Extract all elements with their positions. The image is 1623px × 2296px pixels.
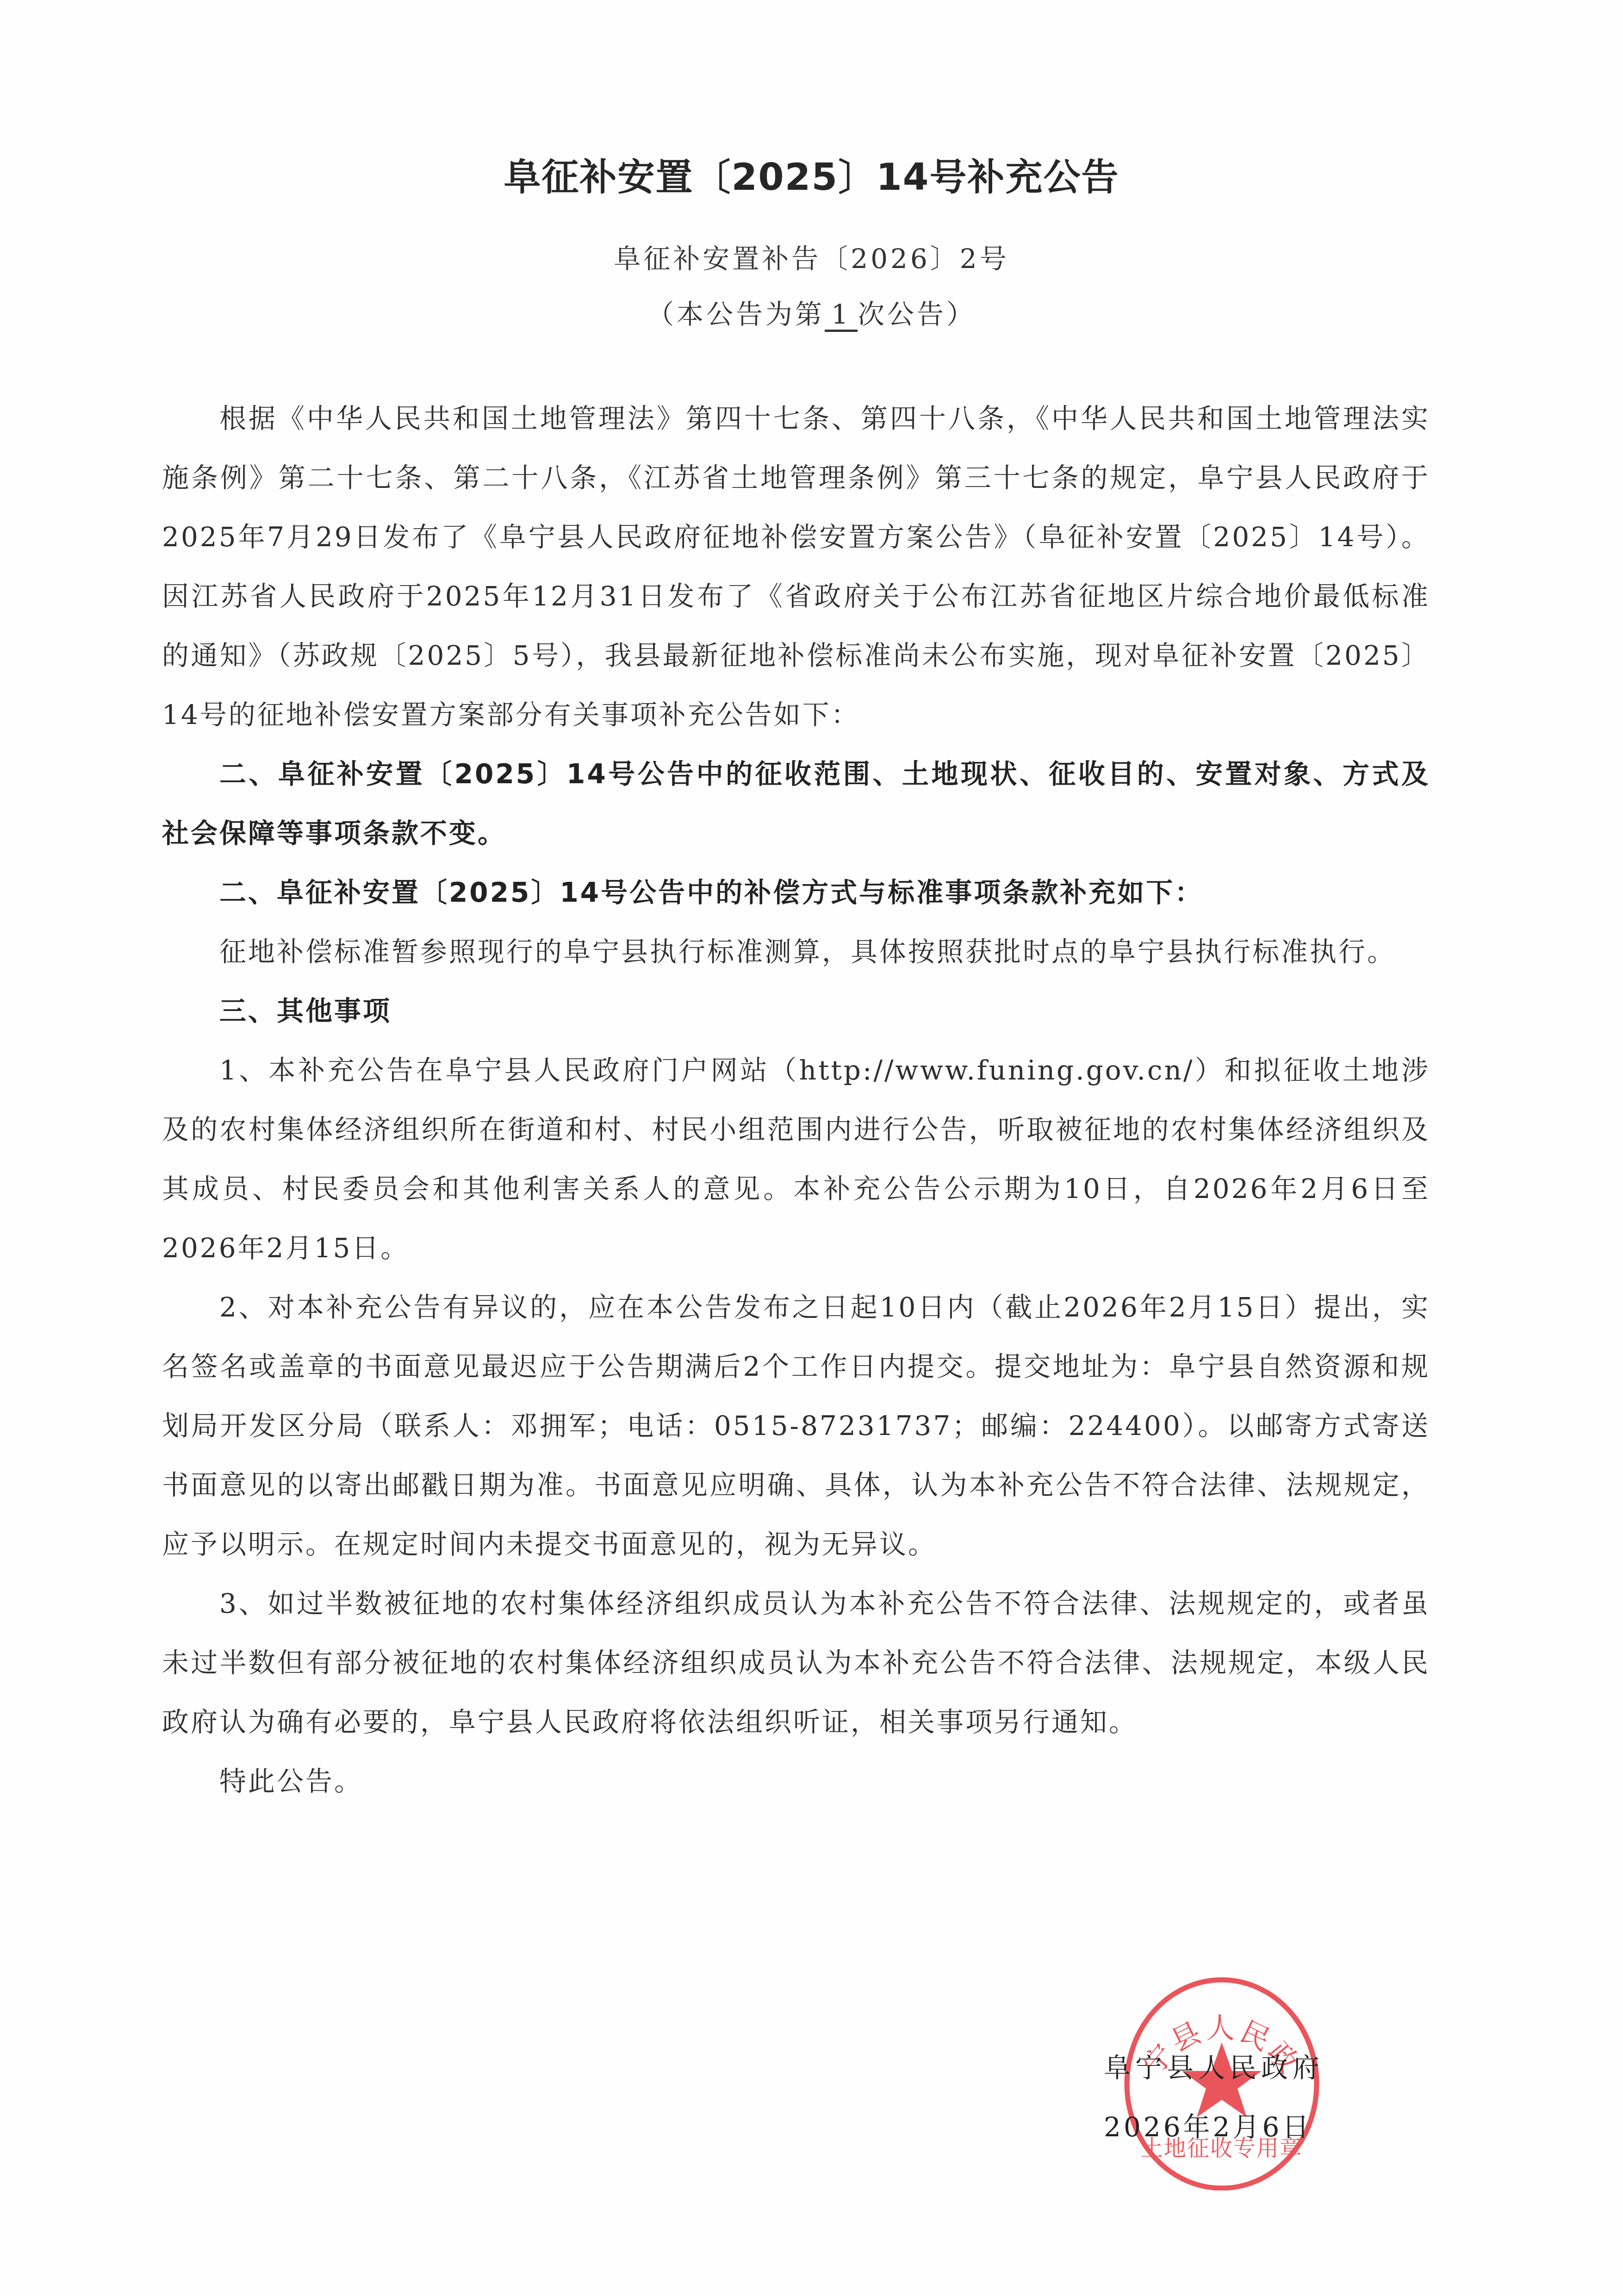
issuer-signature: 阜宁县人民政府 [1104, 2046, 1324, 2085]
section-heading-other-matters: 三、其他事项 [162, 981, 1430, 1041]
closing-statement: 特此公告。 [162, 1752, 1430, 1811]
intro-paragraph: 根据《中华人民共和国土地管理法》第四十七条、第四十八条，《中华人民共和国土地管理… [162, 389, 1430, 744]
section-heading-compensation: 二、阜征补安置〔2025〕14号公告中的补偿方式与标准事项条款补充如下： [162, 863, 1430, 922]
notice-count-suffix: 次公告） [858, 299, 976, 330]
item-2-objections: 2、对本补充公告有异议的，应在本公告发布之日起10日内（截止2026年2月15日… [162, 1278, 1430, 1574]
section-heading-unchanged-terms: 二、阜征补安置〔2025〕14号公告中的征收范围、土地现状、征收目的、安置对象、… [162, 744, 1430, 863]
document-body: 根据《中华人民共和国土地管理法》第四十七条、第四十八条，《中华人民共和国土地管理… [162, 389, 1430, 1811]
document-number: 阜征补安置补告〔2026〕2号 [0, 237, 1623, 276]
notice-count-line: （本公告为第1次公告） [0, 293, 1623, 332]
document-page: 阜征补安置〔2025〕14号补充公告 阜征补安置补告〔2026〕2号 （本公告为… [0, 0, 1623, 2296]
issue-date: 2026年2月6日 [1104, 2105, 1312, 2144]
notice-count-number: 1 [825, 300, 858, 332]
item-1-publication: 1、本补充公告在阜宁县人民政府门户网站（http://www.funing.go… [162, 1041, 1430, 1278]
notice-count-prefix: （本公告为第 [647, 299, 825, 330]
item-3-hearing: 3、如过半数被征地的农村集体经济组织成员认为本补充公告不符合法律、法规规定的，或… [162, 1574, 1430, 1752]
document-title: 阜征补安置〔2025〕14号补充公告 [0, 147, 1623, 200]
compensation-paragraph: 征地补偿标准暂参照现行的阜宁县执行标准测算，具体按照获批时点的阜宁县执行标准执行… [162, 922, 1430, 981]
